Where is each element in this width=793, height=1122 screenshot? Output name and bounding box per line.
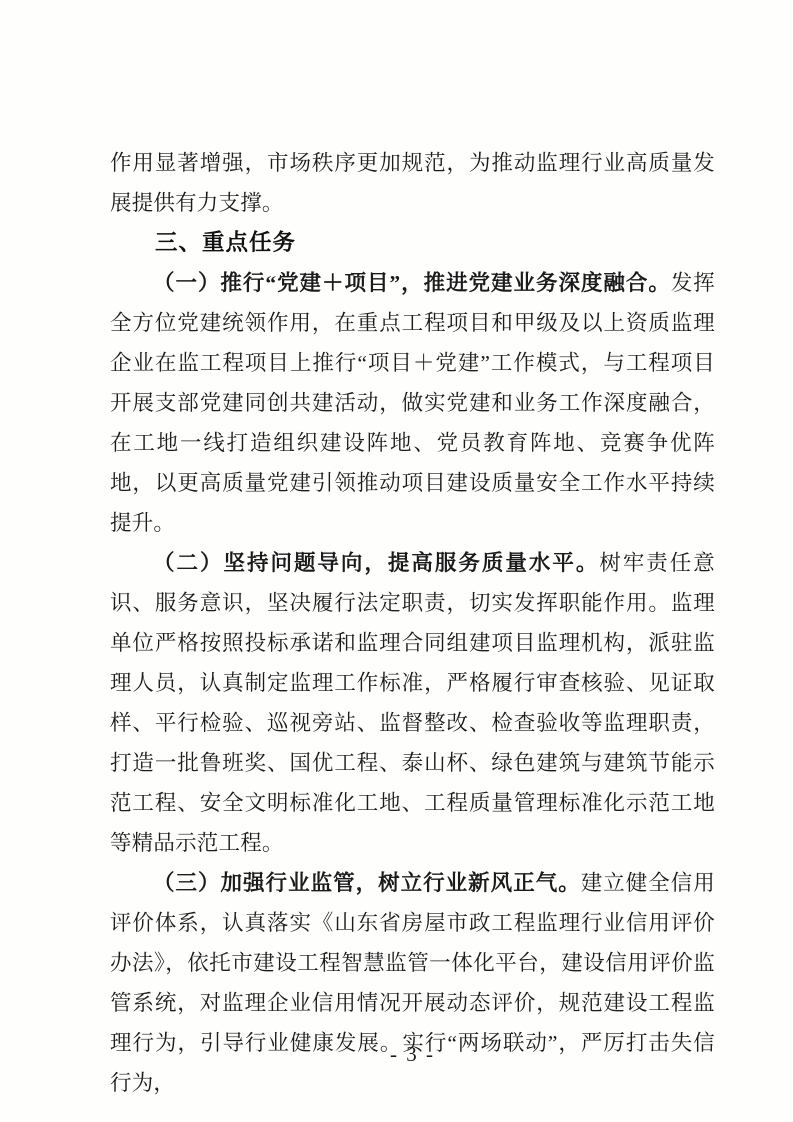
item-1-body: 发挥全方位党建统领作用，在重点工程项目和甲级及以上资质监理企业在监工程项目上推行… [110,271,715,535]
section-heading: 三、重点任务 [110,223,715,263]
page-body: 作用显著增强，市场秩序更加规范，为推动监理行业高质量发展提供有力支撑。 三、重点… [110,143,715,1103]
item-2-body: 树牢责任意识、服务意识，坚决履行法定职责，切实发挥职能作用。监理单位严格按照投标… [110,551,715,855]
item-2-lead: （二）坚持问题导向，提高服务质量水平。 [153,551,599,575]
item-3-lead: （三）加强行业监管，树立行业新风正气。 [153,871,581,895]
item-1-lead: （一）推行“党建＋项目”，推进党建业务深度融合。 [153,271,671,295]
paragraph-continuation: 作用显著增强，市场秩序更加规范，为推动监理行业高质量发展提供有力支撑。 [110,143,715,223]
document-page: 作用显著增强，市场秩序更加规范，为推动监理行业高质量发展提供有力支撑。 三、重点… [0,0,793,1122]
paragraph-item-1: （一）推行“党建＋项目”，推进党建业务深度融合。发挥全方位党建统领作用，在重点工… [110,263,715,543]
page-number: - 3 - [110,1034,715,1074]
paragraph-item-2: （二）坚持问题导向，提高服务质量水平。树牢责任意识、服务意识，坚决履行法定职责，… [110,543,715,863]
